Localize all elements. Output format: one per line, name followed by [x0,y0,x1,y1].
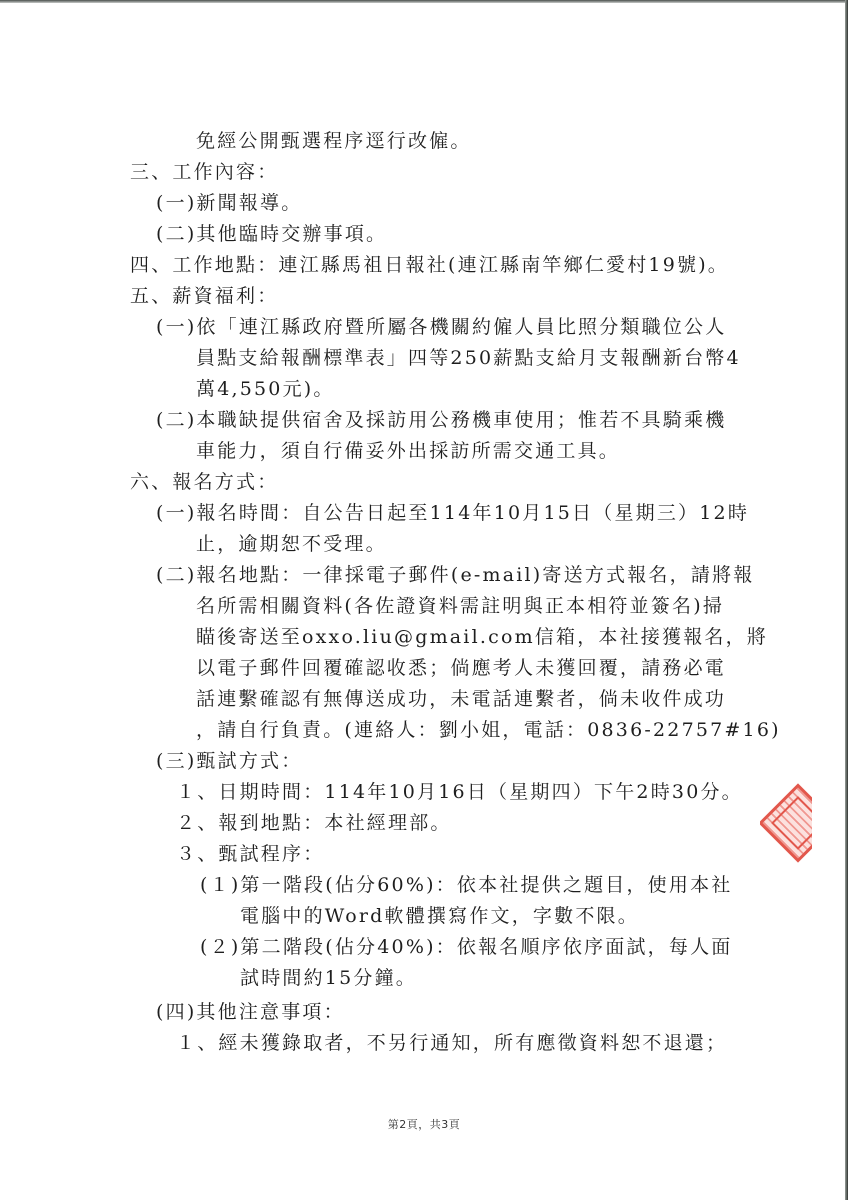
list-item: (三)甄試方式： [156,749,302,773]
document-page: 免經公開甄選程序逕行改僱。 三、工作內容： (一)新聞報導。 (二)其他臨時交辦… [0,0,848,1200]
sub-list-item: ３、甄試程序： [176,842,324,866]
section-heading-work-location: 四、工作地點：連江縣馬祖日報社(連江縣南竿鄉仁愛村19號)。 [130,253,729,277]
seal-stamp [760,780,812,880]
list-item: (一)新聞報導。 [156,191,302,215]
text-line-contact: ，請自行負責。(連絡人：劉小姐，電話：0836-22757#16) [196,718,781,742]
text-line: 員點支給報酬標準表」四等250薪點支給月支報酬新台幣4 [196,346,741,370]
text-line: 試時間約15分鐘。 [240,966,417,990]
text-line: 免經公開甄選程序逕行改僱。 [196,129,472,153]
sub-sub-list-item: (２)第二階段(佔分40%)：依報名順序依序面試，每人面 [200,935,732,959]
section-heading-work-content: 三、工作內容： [130,160,278,184]
text-line: 止，逾期恕不受理。 [196,532,387,556]
section-heading-application: 六、報名方式： [130,470,278,494]
seal-stamp-inner-border [771,796,812,850]
text-line: 電腦中的Word軟體撰寫作文，字數不限。 [240,904,639,928]
sub-sub-list-item: (１)第一階段(佔分60%)：依本社提供之題目，使用本社 [200,873,732,897]
list-item: (一)依「連江縣政府暨所屬各機關約僱人員比照分類職位公人 [156,315,726,339]
list-item: (一)報名時間：自公告日起至114年10月15日（星期三）12時 [156,501,749,525]
list-item: (四)其他注意事項： [156,1000,345,1024]
text-line: 車能力，須自行備妥外出採訪所需交通工具。 [196,439,620,463]
text-line: 以電子郵件回覆確認收悉；倘應考人未獲回覆，請務必電 [196,656,726,680]
list-item: (二)報名地點：一律採電子郵件(e-mail)寄送方式報名，請將報 [156,563,754,587]
sub-list-item: １、經未獲錄取者，不另行通知，所有應徵資料恕不退還； [176,1031,727,1055]
sub-list-item: １、日期時間：114年10月16日（星期四）下午2時30分。 [176,780,743,804]
text-line: 名所需相關資料(各佐證資料需註明與正本相符並簽名)掃 [196,594,724,618]
section-heading-salary: 五、薪資福利： [130,284,278,308]
text-line: 萬4,550元)。 [196,377,335,401]
page-number-footer: 第2頁，共3頁 [0,1116,848,1132]
sub-list-item: ２、報到地點：本社經理部。 [176,811,452,835]
text-line-email: 瞄後寄送至oxxo.liu@gmail.com信箱，本社接獲報名，將 [196,625,768,649]
list-item: (二)本職缺提供宿舍及採訪用公務機車使用；惟若不具騎乘機 [156,408,726,432]
seal-stamp-icon [760,783,812,862]
list-item: (二)其他臨時交辦事項。 [156,222,387,246]
text-line: 話連繫確認有無傳送成功，未電話連繫者，倘未收件成功 [196,687,726,711]
